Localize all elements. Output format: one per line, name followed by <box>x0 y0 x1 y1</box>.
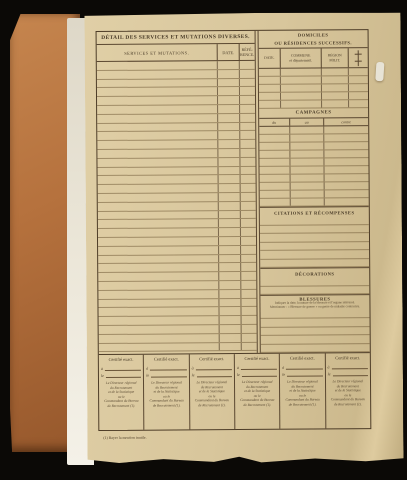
domiciles-title: DOMICILES OU RÉSIDENCES SUCCESSIFS. <box>259 30 368 49</box>
services-row-cell <box>97 158 217 167</box>
services-row-cell <box>98 246 218 255</box>
services-row-cell <box>98 202 218 211</box>
certificate-fill-line <box>151 376 186 377</box>
services-row-cell <box>98 167 218 176</box>
services-row-cell <box>218 219 240 227</box>
certificate-heading: Certifié exact. <box>327 355 367 360</box>
services-row-cell <box>97 132 217 141</box>
domiciles-col-region: RÉGION MILIT. <box>321 48 348 67</box>
services-row-cell <box>98 220 218 229</box>
services-row-cell <box>98 264 218 273</box>
domiciles-row-cell <box>321 100 348 107</box>
col-date-header: DATE. <box>217 44 239 60</box>
commune-line2: et département. <box>289 58 312 63</box>
col-reference-line2: RENCE. <box>240 52 254 57</box>
certificate-fill-line <box>106 377 141 378</box>
certificate-signature: Le Directeur régionaldu Recrutementet de… <box>328 379 369 406</box>
campagnes-row-cell <box>323 150 368 157</box>
services-row-cell <box>217 61 239 69</box>
certificate-date-line: le <box>192 370 232 377</box>
domiciles-row-cell <box>259 69 280 76</box>
certificate-heading: Certifié exact. <box>282 355 322 360</box>
domiciles-row-cell <box>348 92 368 99</box>
campagnes-row-cell <box>259 135 289 142</box>
services-row-cell <box>218 307 240 315</box>
blessures-note-line2: Mentionner : « Blessure de guerre » ou g… <box>262 305 367 310</box>
campagnes-row-cell <box>259 127 289 134</box>
campagnes-col-du: du <box>259 119 289 126</box>
services-row-cell <box>218 246 240 254</box>
services-row-cell <box>241 342 257 350</box>
paper-tab <box>375 62 384 81</box>
services-row-cell <box>217 140 239 148</box>
certificate-field-label: le <box>237 372 240 377</box>
services-row-cell <box>98 272 218 281</box>
services-row-cell <box>97 114 217 123</box>
services-row-cell <box>217 158 239 166</box>
footnote: (1) Rayer la mention inutile. <box>103 436 146 440</box>
services-row-cell <box>97 140 217 149</box>
campagnes-row-cell <box>324 166 369 173</box>
services-table: DÉTAIL DES SERVICES ET MUTATIONS DIVERSE… <box>97 31 258 354</box>
services-row-cell <box>98 237 218 246</box>
services-row-cell <box>239 70 255 78</box>
certificate-signature-line: Le Directeur régional <box>282 379 322 384</box>
services-row-cell <box>240 219 256 227</box>
services-row-cell <box>217 149 239 157</box>
domiciles-row-cell <box>280 76 321 83</box>
services-row-cell <box>98 307 218 316</box>
certificate-heading: Certifié exact. <box>237 356 277 361</box>
right-column: DOMICILES OU RÉSIDENCES SUCCESSIFS. DATE… <box>258 30 370 353</box>
campagnes-row-cell <box>260 199 290 206</box>
services-row-cell <box>218 175 240 183</box>
campagnes-row-cell <box>289 150 323 157</box>
services-row-cell <box>218 202 240 210</box>
services-row-cell <box>99 334 219 343</box>
col-reference-header: RÉFÉ- RENCE. <box>239 44 255 60</box>
services-row-cell <box>239 61 255 69</box>
campagnes-row-cell <box>324 182 369 189</box>
services-row-cell <box>98 211 218 220</box>
services-row-cell <box>239 114 255 122</box>
campagnes-row-cell <box>323 158 368 165</box>
services-row-cell <box>99 325 219 334</box>
services-table-title: DÉTAIL DES SERVICES ET MUTATIONS DIVERSE… <box>97 31 255 45</box>
services-row-cell <box>241 334 257 342</box>
services-row-cell <box>240 290 256 298</box>
subdivision-mark-icon <box>348 48 368 67</box>
form-page: DÉTAIL DES SERVICES ET MUTATIONS DIVERSE… <box>84 12 403 464</box>
services-row-cell <box>97 96 217 105</box>
services-row-cell <box>98 184 218 193</box>
services-row-cell <box>240 184 256 192</box>
services-row-cell <box>239 122 255 130</box>
domiciles-row-cell <box>348 100 368 107</box>
services-row-cell <box>98 176 218 185</box>
region-line2: MILIT. <box>329 58 340 63</box>
services-row-cell <box>240 202 256 210</box>
domiciles-row-cell <box>348 84 368 91</box>
domiciles-header: DATE. COMMUNE et département. RÉGION MIL… <box>259 48 368 69</box>
certificate-signature-line: de Recrutement (1). <box>282 402 322 407</box>
domiciles-row-cell <box>321 68 348 75</box>
services-row-cell <box>240 166 256 174</box>
services-row-cell <box>217 105 239 113</box>
domiciles-col-commune: COMMUNE et département. <box>280 48 321 67</box>
certificate-signature-line: Le Directeur régional <box>237 380 277 385</box>
services-row-cell <box>218 237 240 245</box>
services-row-cell <box>217 70 239 78</box>
certificate-signature-line: Commandant du Bureau <box>282 397 322 402</box>
services-row-cell <box>239 87 255 95</box>
services-row-cell <box>240 298 256 306</box>
services-row-cell <box>241 325 257 333</box>
campagnes-col-au: au <box>289 118 323 125</box>
services-row-cell <box>98 299 218 308</box>
campagnes-row-cell <box>323 142 368 149</box>
campagnes-row-cell <box>260 175 290 182</box>
campagnes-row-cell <box>260 167 290 174</box>
certificate-box: Certifié exact.àleLe Directeur régionald… <box>143 354 189 429</box>
certificate-box: Certifié exact.àleLe Directeur régionald… <box>234 354 280 429</box>
services-row-cell <box>240 210 256 218</box>
services-row-cell <box>97 149 217 158</box>
services-row-cell <box>98 193 218 202</box>
services-row-cell <box>217 96 239 104</box>
services-row-cell <box>218 281 240 289</box>
campagnes-row-cell <box>259 159 289 166</box>
campagnes-row-cell <box>289 126 323 133</box>
services-row-cell <box>218 263 240 271</box>
domiciles-row-cell <box>348 68 368 75</box>
services-row-cell <box>239 131 255 139</box>
services-row-cell <box>217 114 239 122</box>
services-row-cell <box>217 87 239 95</box>
services-row-cell <box>240 263 256 271</box>
certificate-signature-line: de Recrutement (1). <box>146 403 186 408</box>
domiciles-row-cell <box>321 76 348 83</box>
certificate-field-label: le <box>146 373 149 378</box>
services-row-cell <box>98 290 218 299</box>
certificate-signature-line: Commandant du Bureau <box>101 399 141 404</box>
campagnes-row-cell <box>323 134 368 141</box>
services-row-cell <box>218 193 240 201</box>
domiciles-row-cell <box>280 100 321 107</box>
services-table-body <box>97 61 257 354</box>
certificate-signature-line: de Recrutement (1). <box>328 402 368 407</box>
services-row-cell <box>219 334 241 342</box>
certificate-date-line: le <box>101 371 141 378</box>
campagnes-row-cell <box>289 158 323 165</box>
services-row <box>99 342 257 352</box>
services-row-cell <box>99 316 219 325</box>
domiciles-row-cell <box>259 85 280 92</box>
domiciles-row-cell <box>259 77 280 84</box>
certificate-heading: Certifié exact. <box>191 356 231 361</box>
certificate-fill-line <box>197 376 232 377</box>
services-row-cell <box>98 228 218 237</box>
certificate-field-label: le <box>328 371 331 376</box>
services-row-cell <box>239 79 255 87</box>
domiciles-row-cell <box>321 92 348 99</box>
services-row-cell <box>239 158 255 166</box>
services-row-cell <box>240 246 256 254</box>
tables-section: DÉTAIL DES SERVICES ET MUTATIONS DIVERSE… <box>97 30 370 354</box>
certificate-signature: Le Directeur régionaldu Recrutementet de… <box>282 379 323 406</box>
services-row-cell <box>240 281 256 289</box>
certificate-signature-line: de Recrutement (1). <box>192 403 232 408</box>
services-row-cell <box>97 123 217 132</box>
decorations-lines <box>260 277 369 295</box>
col-services-header: SERVICES ET MUTATIONS. <box>97 44 217 61</box>
certificate-signature-line: de Recrutement (1). <box>237 402 277 407</box>
campagnes-row-cell <box>290 166 324 173</box>
certificate-signature: Le Directeur régionaldu Recrutementet de… <box>192 380 233 407</box>
campagnes-body <box>259 126 369 207</box>
domiciles-row-cell <box>280 92 321 99</box>
domiciles-row-cell <box>259 101 280 108</box>
printed-frame: DÉTAIL DES SERVICES ET MUTATIONS DIVERSE… <box>96 29 372 431</box>
certificate-box: Certifié exact.àleLe Directeur régionald… <box>279 353 325 428</box>
certificates-row: Certifié exact.àleLe Directeur régionald… <box>99 352 371 430</box>
campagnes-row-cell <box>290 182 324 189</box>
campagnes-row-cell <box>289 134 323 141</box>
services-row-cell <box>239 149 255 157</box>
services-row-cell <box>218 299 240 307</box>
domiciles-row-cell <box>259 93 280 100</box>
scanned-military-record: DÉTAIL DES SERVICES ET MUTATIONS DIVERSE… <box>0 0 407 480</box>
campagnes-row-cell <box>324 174 369 181</box>
services-table-header: SERVICES ET MUTATIONS. DATE. RÉFÉ- RENCE… <box>97 44 255 62</box>
certificate-heading: Certifié exact. <box>146 356 186 361</box>
blessures-lines <box>261 310 370 353</box>
domiciles-title-line2: OU RÉSIDENCES SUCCESSIFS. <box>259 39 368 48</box>
domiciles-body <box>259 68 368 109</box>
certificate-signature-line: Le Directeur régional <box>192 380 232 385</box>
services-row-cell <box>219 325 241 333</box>
certificate-fill-line <box>287 375 322 376</box>
certificate-signature-line: Commandant du Bureau <box>146 398 186 403</box>
services-row-cell <box>217 123 239 131</box>
certificate-date-line: le <box>328 369 368 376</box>
certificate-field-label: le <box>101 373 104 378</box>
services-row-cell <box>240 237 256 245</box>
services-row-cell <box>218 211 240 219</box>
services-row-cell <box>218 255 240 263</box>
certificate-date-line: le <box>282 369 322 376</box>
campagnes-col-contre: contre <box>323 118 368 125</box>
certificate-box: Certifié exact.àleLe Directeur régionald… <box>324 353 370 428</box>
certificate-signature-line: Le Directeur régional <box>328 379 368 384</box>
certificate-date-line: le <box>146 370 186 377</box>
services-row-cell <box>98 255 218 264</box>
campagnes-row-cell <box>259 151 289 158</box>
services-row-cell <box>240 254 256 262</box>
services-row-cell <box>240 193 256 201</box>
services-row-cell <box>219 316 241 324</box>
campagnes-row-cell <box>324 198 369 205</box>
services-row-cell <box>97 105 217 114</box>
services-row-cell <box>97 79 217 88</box>
services-row-cell <box>240 272 256 280</box>
certificate-signature: Le Directeur régionaldu Recrutementet de… <box>237 380 278 407</box>
domiciles-row-cell <box>280 84 321 91</box>
certificate-signature: Le Directeur régionaldu Recrutementet de… <box>101 381 142 408</box>
campagnes-row-cell <box>323 126 368 133</box>
services-row-cell <box>218 272 240 280</box>
certificate-date-line: le <box>237 370 277 377</box>
services-row-cell <box>219 343 241 351</box>
services-row-cell <box>239 140 255 148</box>
services-row-cell <box>98 281 218 290</box>
certificate-box: Certifié exact.àleLe Directeur régionald… <box>99 355 144 430</box>
campagnes-row-cell <box>289 142 323 149</box>
services-row-cell <box>239 105 255 113</box>
services-row-cell <box>99 343 219 352</box>
services-row-cell <box>217 131 239 139</box>
services-row-cell <box>218 228 240 236</box>
campagnes-row-cell <box>324 190 369 197</box>
services-row-cell <box>218 167 240 175</box>
services-row-cell <box>240 307 256 315</box>
certificate-signature: Le Directeur régionaldu Recrutementet de… <box>146 380 187 407</box>
certificate-fill-line <box>332 375 367 376</box>
domiciles-row-cell <box>280 68 321 75</box>
services-row-cell <box>218 184 240 192</box>
certificate-field-label: le <box>192 372 195 377</box>
certificate-heading: Certifié exact. <box>101 357 141 362</box>
certificate-fill-line <box>242 376 277 377</box>
certificate-box: Certifié exact.àleLe Directeur régionald… <box>188 354 234 429</box>
domiciles-row-cell <box>348 76 368 83</box>
certificate-signature-line: Le Directeur régional <box>101 381 141 386</box>
campagnes-row-cell <box>260 183 290 190</box>
certificate-field-label: le <box>282 372 285 377</box>
services-row-cell <box>241 316 257 324</box>
certificate-signature-line: de Recrutement (1). <box>101 403 141 408</box>
services-row-cell <box>240 228 256 236</box>
campagnes-row-cell <box>290 190 324 197</box>
domiciles-row-cell <box>321 84 348 91</box>
campagnes-row-cell <box>260 191 290 198</box>
services-row-cell <box>240 175 256 183</box>
certificate-signature-line: Le Directeur régional <box>146 380 186 385</box>
services-row-cell <box>218 290 240 298</box>
domiciles-col-date: DATE. <box>259 49 280 68</box>
campagnes-row-cell <box>259 143 289 150</box>
campagnes-row-cell <box>290 198 324 205</box>
services-row-cell <box>217 79 239 87</box>
services-row-cell <box>239 96 255 104</box>
services-row-cell <box>97 61 217 70</box>
certificate-signature-line: Commandant du Bureau <box>237 398 277 403</box>
services-row-cell <box>97 70 217 79</box>
services-row-cell <box>97 88 217 97</box>
citations-lines <box>260 216 369 268</box>
campagnes-row-cell <box>290 174 324 181</box>
